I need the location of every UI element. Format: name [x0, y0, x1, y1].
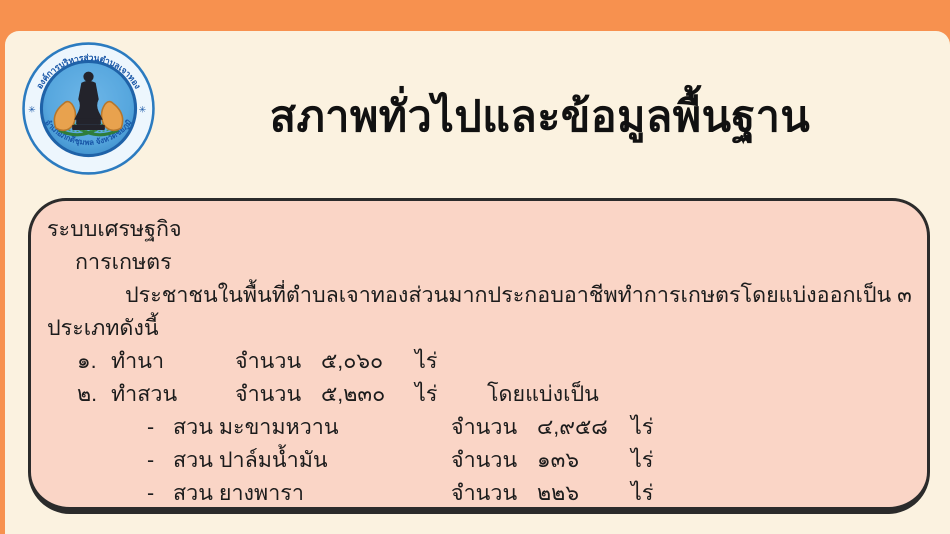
subitem-unit: ไร่ [631, 477, 703, 510]
subitem-qty-label: จำนวน [451, 411, 537, 444]
item-qty-label: จำนวน [235, 345, 321, 378]
presentation-slide: องค์การบริหารส่วนตำบลเจาทอง อำเภอภักดีชุ… [0, 0, 950, 534]
subitem-qty-label: จำนวน [451, 444, 537, 477]
item-unit: ไร่ [415, 378, 487, 411]
item-number: ๒. [77, 378, 111, 411]
item-value: ๕,๐๖๐ [321, 345, 415, 378]
subitem-value: ๑๓๖ [537, 444, 631, 477]
seal-right-star-icon: ✳ [139, 105, 147, 115]
item-suffix: โดยแบ่งเป็น [487, 378, 599, 411]
item-qty-label: จำนวน [235, 378, 321, 411]
subitem-label: สวน ยางพารา [173, 477, 451, 510]
item-number: ๑. [77, 345, 111, 378]
intro-paragraph-line2: ประเภทดังนี้ [47, 312, 913, 345]
item-value: ๕,๒๓๐ [321, 378, 415, 411]
item-label: ทำสวน [111, 378, 235, 411]
organization-seal: องค์การบริหารส่วนตำบลเจาทอง อำเภอภักดีชุ… [22, 42, 155, 175]
subsection-heading: การเกษตร [75, 246, 913, 279]
dash-bullet: - [147, 477, 173, 510]
subitem-unit: ไร่ [631, 444, 703, 477]
subitem-value: ๒๒๖ [537, 477, 631, 510]
item-label: ทำนา [111, 345, 235, 378]
list-item-rice-farming: ๑. ทำนา จำนวน ๕,๐๖๐ ไร่ [77, 345, 913, 378]
sublist-item-tamarind: - สวน มะขามหวาน จำนวน ๔,๙๕๘ ไร่ [147, 411, 913, 444]
economy-info-box: ระบบเศรษฐกิจ การเกษตร ประชาชนในพื้นที่ตำ… [28, 198, 930, 514]
subitem-label: สวน ปาล์มน้ำมัน [173, 444, 451, 477]
sublist-item-rubber: - สวน ยางพารา จำนวน ๒๒๖ ไร่ [147, 477, 913, 510]
subitem-unit: ไร่ [631, 411, 703, 444]
section-heading: ระบบเศรษฐกิจ [47, 213, 913, 246]
dash-bullet: - [147, 411, 173, 444]
intro-paragraph-line1: ประชาชนในพื้นที่ตำบลเจาทองส่วนมากประกอบอ… [125, 279, 913, 312]
seal-left-star-icon: ✳ [28, 105, 36, 115]
subitem-label: สวน มะขามหวาน [173, 411, 451, 444]
item-unit: ไร่ [415, 345, 487, 378]
list-item-orchard-farming: ๒. ทำสวน จำนวน ๕,๒๓๐ ไร่ โดยแบ่งเป็น [77, 378, 913, 411]
dash-bullet: - [147, 444, 173, 477]
page-title: สภาพทั่วไปและข้อมูลพื้นฐาน [150, 87, 930, 147]
subitem-value: ๔,๙๕๘ [537, 411, 631, 444]
sublist-item-oil-palm: - สวน ปาล์มน้ำมัน จำนวน ๑๓๖ ไร่ [147, 444, 913, 477]
subitem-qty-label: จำนวน [451, 477, 537, 510]
